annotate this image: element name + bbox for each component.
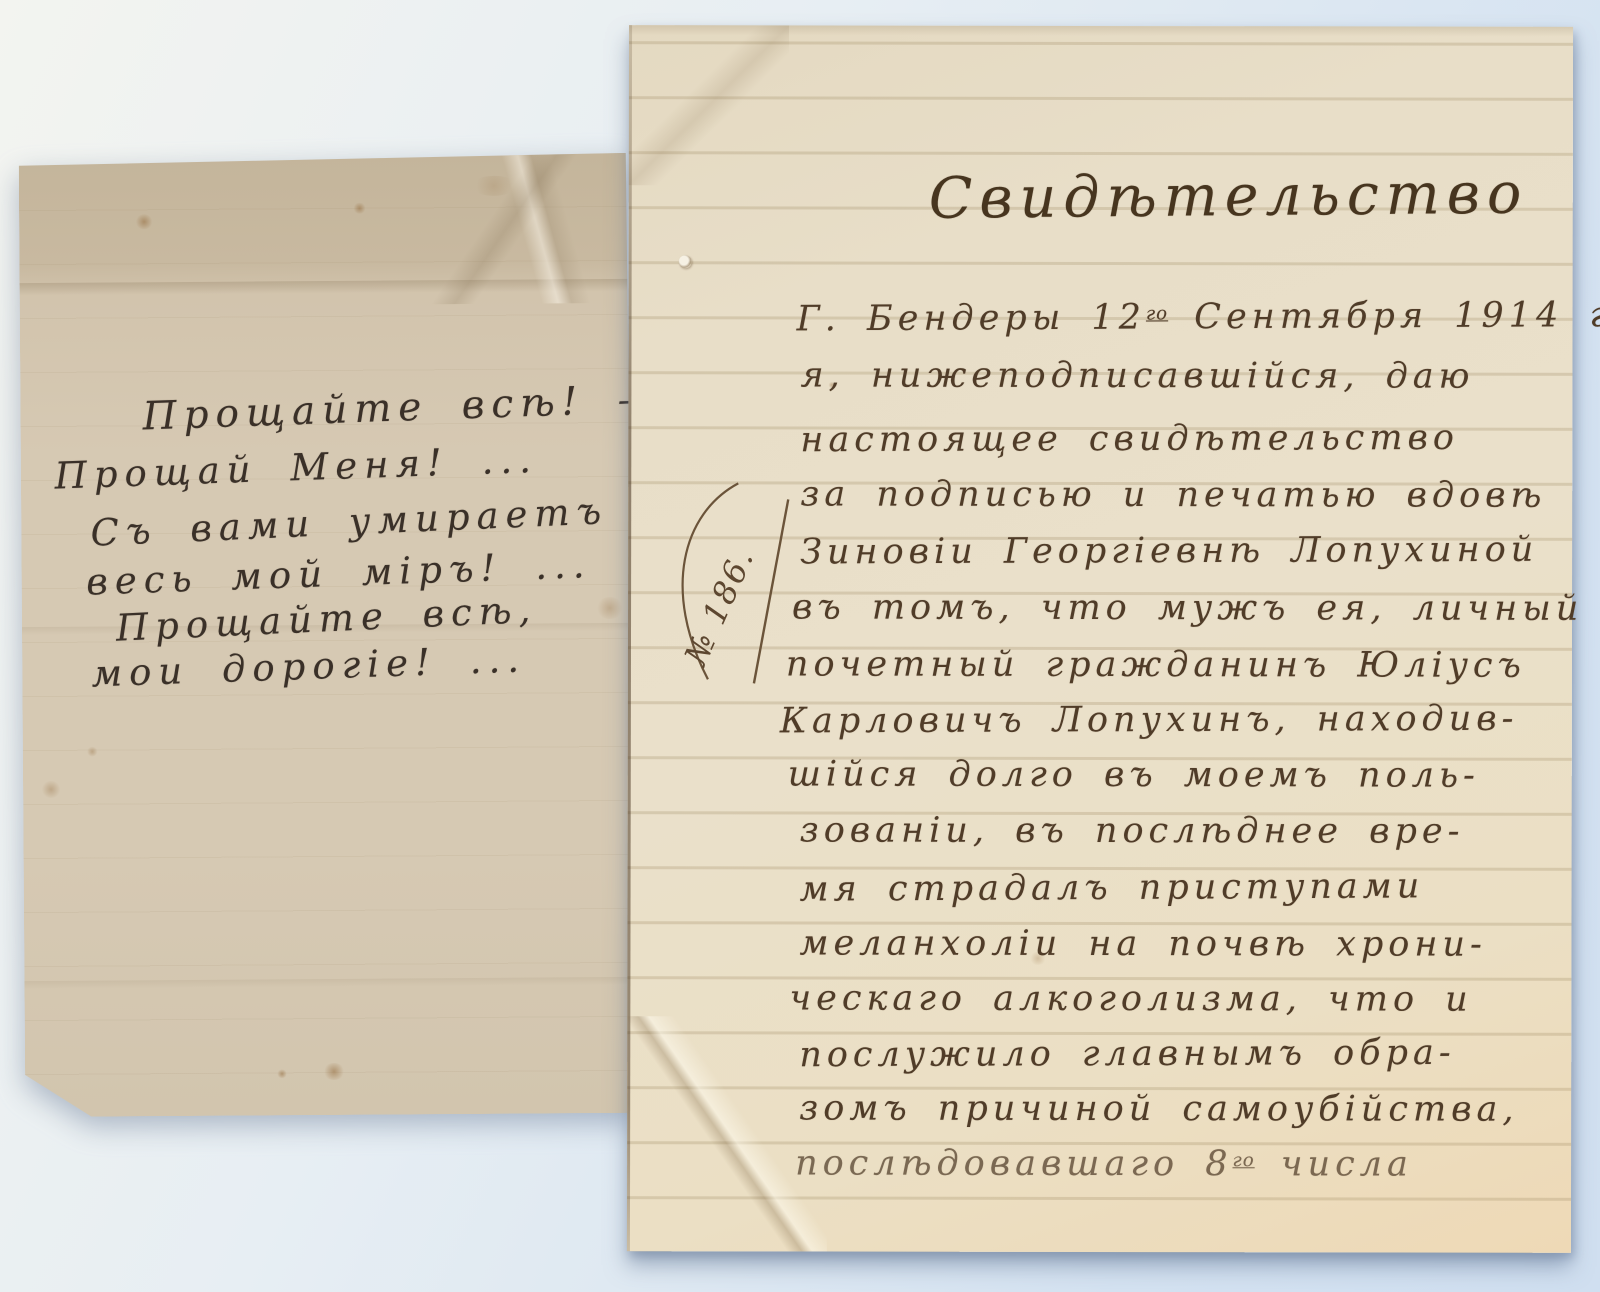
ordinal-superscript: го — [1146, 303, 1168, 324]
handwriting-line: почетный гражданинъ Юліусъ — [786, 647, 1526, 683]
handwriting-line: Г. Бендеры 12го Сентября 1914 г. — [796, 298, 1600, 337]
last-line-post: числа — [1255, 1144, 1413, 1184]
handwriting-line: меланхоліи на почвѣ хрони- — [799, 926, 1486, 962]
handwriting-line: шійся долго въ моемъ поль- — [788, 757, 1480, 793]
farewell-note-page: Прощайте всѣ! – Прощай Меня! ... Съ вами… — [22, 155, 634, 1115]
photo-of-two-handwritten-documents: Прощайте всѣ! – Прощай Меня! ... Съ вами… — [0, 0, 1600, 1292]
handwriting-line: въ томъ, что мужъ ея, личный — [792, 590, 1583, 626]
handwriting-line: Карловичъ Лопухинъ, находив- — [780, 702, 1519, 740]
handwriting-line: мя страдалъ приступами — [799, 869, 1424, 907]
handwriting-line: Прощайте всѣ! – — [142, 380, 645, 436]
last-line-pre: послѣдовавшаго 8 — [795, 1143, 1232, 1184]
handwriting-line: Прощай Меня! ... — [54, 441, 538, 495]
handwriting-line: зомъ причиной самоубійства, — [799, 1091, 1518, 1127]
handwriting-line: Съ вами умираетъ — [90, 492, 609, 552]
handwriting-line: послѣдовавшаго 8го числа — [795, 1146, 1413, 1182]
ordinal-superscript: го — [1232, 1150, 1254, 1171]
date-line-post: Сентября 1914 г. — [1168, 295, 1600, 337]
certificate-text: Свидѣтельство Г. Бендеры 12го Сентября 1… — [627, 25, 1573, 1253]
handwriting-line: послужило главнымъ обра- — [799, 1036, 1456, 1073]
handwriting-line: мои дорогіе! ... — [91, 640, 527, 692]
handwriting-line: ческаго алкоголизма, что и — [789, 981, 1472, 1017]
farewell-note-text: Прощайте всѣ! – Прощай Меня! ... Съ вами… — [11, 138, 656, 1119]
handwriting-line: Зиновіи Георгіевнѣ Лопухиной — [800, 533, 1538, 571]
handwriting-line: за подписью и печатью вдовѣ — [800, 477, 1546, 513]
certificate-title: Свидѣтельство — [929, 166, 1529, 228]
handwriting-line: я, нижеподписавшійся, даю — [800, 358, 1474, 394]
date-line-pre: Г. Бендеры 12 — [796, 298, 1146, 340]
certificate-page: № 186. Свидѣтельство Г. Бендеры 12го Сен… — [627, 25, 1573, 1253]
handwriting-line: настоящее свидѣтельство — [800, 421, 1459, 458]
handwriting-line: зованіи, въ послѣднее вре- — [800, 813, 1465, 849]
farewell-note-paper: Прощайте всѣ! – Прощай Меня! ... Съ вами… — [19, 153, 638, 1117]
